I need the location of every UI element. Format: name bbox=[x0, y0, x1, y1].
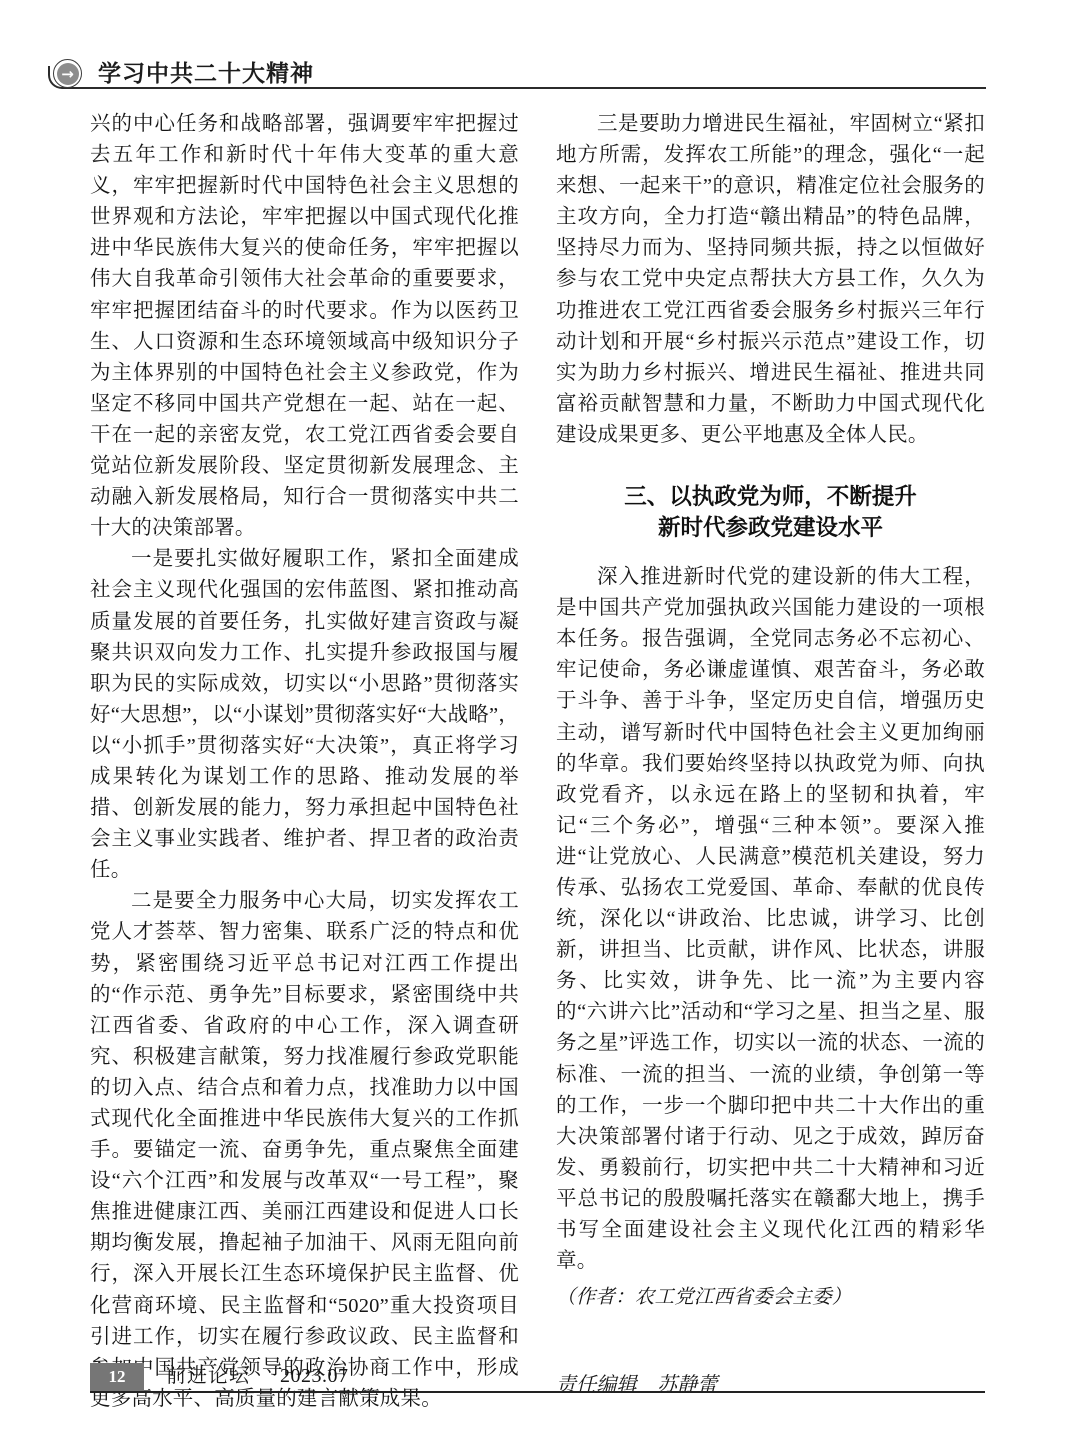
section-heading-line1: 三、以执政党为师，不断提升 bbox=[556, 481, 985, 512]
paragraph-point-one: 一是要扎实做好履职工作，紧扣全面建成社会主义现代化强国的宏伟蓝图、紧扣推动高质量… bbox=[90, 544, 519, 886]
section-heading: 三、以执政党为师，不断提升 新时代参政党建设水平 bbox=[556, 481, 985, 543]
paragraph-continued: 兴的中心任务和战略部署，强调要牢牢把握过去五年工作和新时代十年伟大变革的重大意义… bbox=[90, 109, 519, 544]
left-column: 兴的中心任务和战略部署，强调要牢牢把握过去五年工作和新时代十年伟大变革的重大意义… bbox=[90, 109, 519, 1415]
journal-page: → 学习中共二十大精神 兴的中心任务和战略部署，强调要牢牢把握过去五年工作和新时… bbox=[0, 0, 1071, 1454]
author-note: （作者：农工党江西省委会主委） bbox=[556, 1282, 985, 1313]
issue-date: 2023.07 bbox=[280, 1362, 349, 1391]
paragraph-section-three-body: 深入推进新时代党的建设新的伟大工程，是中国共产党加强执政兴国能力建设的一项根本任… bbox=[556, 562, 985, 1277]
paragraph-point-three: 三是要助力增进民生福祉，牢固树立“紧扣地方所需，发挥农工所能”的理念，强化“一起… bbox=[556, 109, 985, 451]
journal-name: 前进论坛 bbox=[166, 1362, 250, 1391]
article-body: 兴的中心任务和战略部署，强调要牢牢把握过去五年工作和新时代十年伟大变革的重大意义… bbox=[90, 109, 985, 1415]
arrow-right-circle-icon: → bbox=[53, 59, 82, 88]
page-footer: 12 前进论坛 2023.07 bbox=[90, 1362, 985, 1393]
page-header: → 学习中共二十大精神 bbox=[53, 55, 314, 92]
right-column: 三是要助力增进民生福祉，牢固树立“紧扣地方所需，发挥农工所能”的理念，强化“一起… bbox=[556, 109, 985, 1415]
arrow-glyph: → bbox=[57, 63, 79, 85]
paragraph-point-two: 二是要全力服务中心大局，切实发挥农工党人才荟萃、智力密集、联系广泛的特点和优势，… bbox=[90, 886, 519, 1415]
page-number-badge: 12 bbox=[90, 1363, 144, 1391]
section-heading-line2: 新时代参政党建设水平 bbox=[556, 512, 985, 543]
section-label: 学习中共二十大精神 bbox=[98, 55, 314, 92]
